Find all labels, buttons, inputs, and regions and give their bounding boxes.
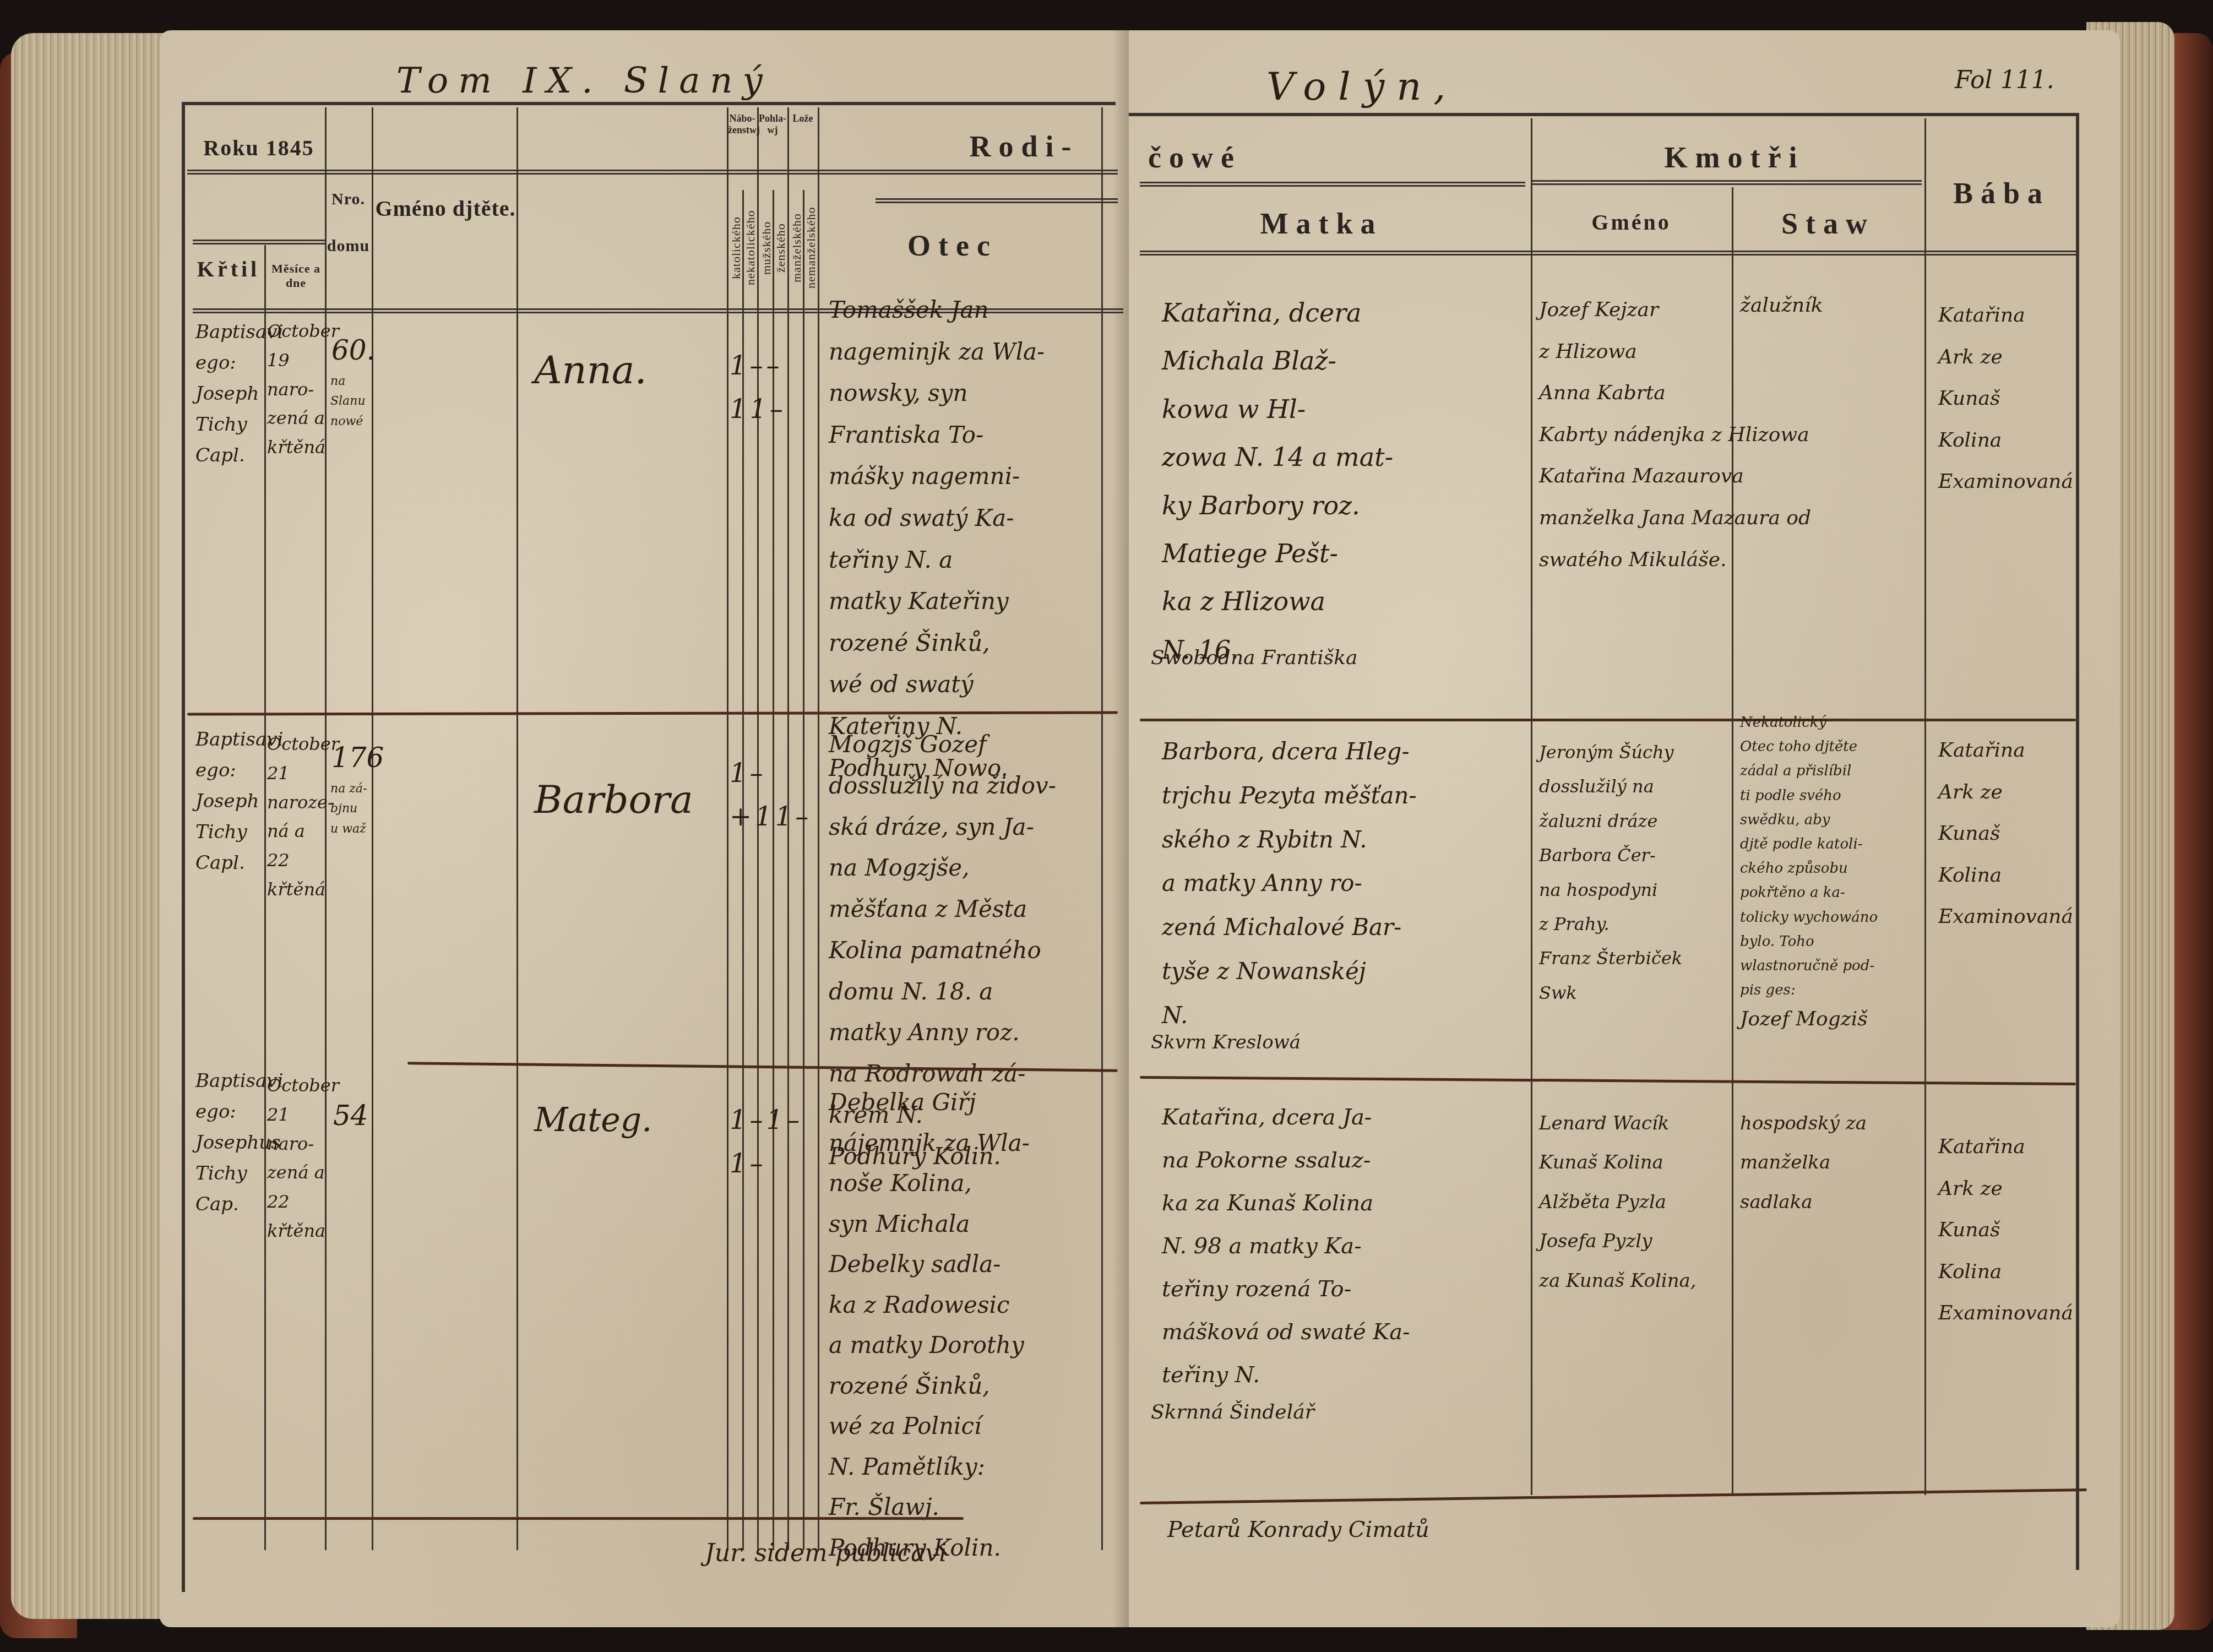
entry-2-house-number: 176 — [331, 735, 384, 781]
header-subdivider — [193, 240, 325, 244]
col-header-nro: Nro. — [325, 190, 372, 209]
entry-2-midwife: KatařinaArk zeKunašKolinaExaminovaná — [1938, 730, 2070, 938]
header-subdivider-otec — [876, 198, 1118, 203]
col-header-mesice-dne: Měsíce a dne — [267, 262, 325, 290]
col-header-jmeno-ditete: Gméno djtěte. — [374, 195, 516, 221]
entry-3-tally-marks: 1–1–1– — [730, 1099, 823, 1186]
closing-line — [193, 1517, 964, 1520]
entry-3-krtil: Baptisaviego:JosephusTichy Cap. — [195, 1066, 267, 1220]
entry-1-krtil: Baptisaviego: JosephTichy Capl. — [195, 317, 267, 471]
entry-2-tally-marks: 1–+11– — [730, 752, 823, 839]
col-header-rodice-left: Rodi- — [942, 129, 1107, 164]
page-edges-left — [11, 33, 171, 1619]
closing-note: Petarů Konrady Cimatů — [1167, 1512, 1429, 1548]
entry-3-datum: October21 naro-zená a22 křtěna — [267, 1071, 328, 1246]
header-bottom-divider — [1140, 251, 2076, 256]
col-header-katolickeho: katolického — [729, 195, 742, 300]
col-header-baba: Bába — [1927, 176, 2076, 210]
col-header-zenskeho: ženského — [774, 195, 787, 300]
col-header-kmotri: Kmotři — [1597, 140, 1872, 175]
entry-3-house-number: 54 — [333, 1093, 368, 1139]
entry-1-midwife: KatařinaArk zeKunašKolinaExaminovaná — [1938, 295, 2070, 503]
col-header-otec: Otec — [848, 229, 1057, 263]
entry-2-godparent-status: NekatolickýOtec toho djtětezádal a přisl… — [1740, 710, 1924, 1036]
col-header-muzskeho: mužského — [759, 195, 773, 300]
entry-2-godparents: Jeroným Šúchydosslužilý nažaluzni drázeB… — [1539, 735, 1732, 1010]
col-line — [1924, 118, 1926, 1495]
entry-1-datum: October19 naro-zená akřtěná — [267, 317, 328, 462]
col-header-pohlavi: Pohla-wj — [758, 113, 787, 136]
entry-2-house-note: na zá-bjnuu waž — [330, 779, 367, 839]
place-handwritten: Volýn, — [1266, 55, 1458, 119]
entry-1-mother-note: Swobodna Františka — [1151, 642, 1358, 674]
entry-2-mother-note: Skvrn Kreslowá — [1151, 1027, 1301, 1058]
col-header-kmotri-stav: Staw — [1734, 206, 1922, 241]
col-line — [1531, 118, 1532, 1495]
entry-separator — [1140, 719, 2076, 721]
year-label: Roku 1845 — [198, 135, 319, 161]
entry-3-godparents: Lenard WacíkKunaš KolinaAlžběta PyzlaJos… — [1539, 1104, 1732, 1301]
folio-number: Fol 111. — [1955, 61, 2054, 101]
left-page: Tom IX. Slaný Roku 1845 Křtil Měsíce a d… — [160, 30, 1129, 1627]
entry-3-godparent-status: hospodský zamanželkasadlaka — [1740, 1104, 1924, 1222]
col-header-kmotri-jmeno: Gméno — [1534, 209, 1729, 235]
col-header-krtil: Křtil — [193, 256, 264, 282]
publication-note: Jur. sidem publicavi — [705, 1534, 947, 1574]
entry-1-house-number: 60. — [331, 328, 376, 373]
col-header-manzelskeho: manželského — [790, 195, 803, 300]
col-header-loze: Lože — [789, 113, 817, 124]
entry-1-child-name: Anna. — [534, 339, 647, 403]
entry-2-krtil: Baptisaviego: JosephTichy Capl. — [195, 724, 267, 878]
entry-3-father: Debelka Giřjnájemnjk za Wla-noše Kolina,… — [829, 1082, 1104, 1568]
col-line — [727, 107, 728, 1550]
header-divider — [1140, 182, 1525, 187]
col-header-matka: Matka — [1184, 206, 1459, 241]
entry-3-mother-note: Skrnná Šindelář — [1151, 1396, 1314, 1428]
entry-1-house-note: naSlanunowé — [330, 372, 366, 432]
entry-1-mother: Katařina, dceraMichala Blaž-kowa w Hl-zo… — [1162, 289, 1525, 674]
entry-2-child-name: Barbora — [534, 768, 693, 832]
header-divider-kmotri — [1531, 180, 1922, 185]
entry-3-midwife: KatařinaArk zeKunašKolinaExaminovaná — [1938, 1126, 2070, 1334]
header-divider — [187, 170, 1118, 175]
col-header-rodice-right: čowé — [1140, 140, 1250, 175]
entry-1-godparent-status: žalužník — [1740, 289, 1823, 322]
col-header-nekatolickeho: nekatolického — [743, 195, 757, 300]
entry-1-godparents: Jozef Kejzarz HlizowaAnna KabrtaKabrty n… — [1539, 289, 1924, 580]
entry-1-tally-marks: 1––11– — [730, 344, 823, 431]
col-line — [516, 107, 518, 1550]
entry-2-datum: October21 naroze-ná a22 křtěná — [267, 730, 328, 904]
entry-2-mother: Barbora, dcera Hleg-trjchu Pezyta měšťan… — [1162, 730, 1525, 1037]
entry-3-mother: Katařina, dcera Ja-na Pokorne ssaluz-ka … — [1162, 1096, 1525, 1396]
col-header-nemanzelskeho: nemanželského — [804, 195, 817, 300]
right-page: Volýn, Fol 111. čowé Matka Kmotři Gméno … — [1129, 30, 2120, 1627]
entry-3-child-name: Mateg. — [534, 1093, 652, 1148]
col-header-domu: domu — [325, 237, 372, 256]
col-line — [372, 107, 373, 1550]
col-header-nabozenstvi: Nábo-ženstwj — [728, 113, 757, 136]
